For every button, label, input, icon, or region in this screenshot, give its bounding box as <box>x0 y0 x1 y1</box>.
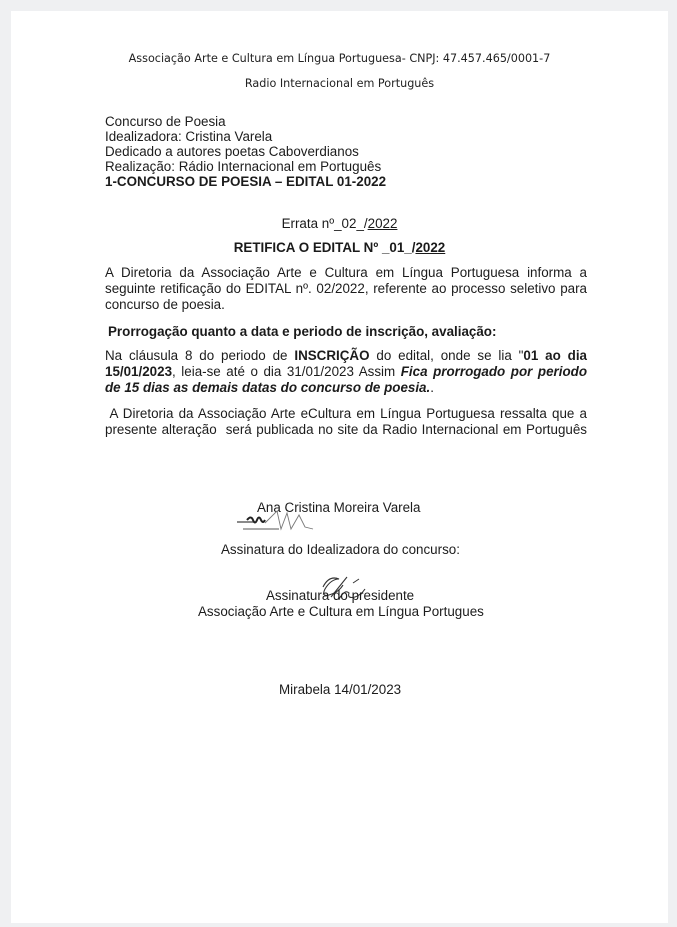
text-run-bold: INSCRIÇÃO <box>294 348 369 363</box>
paragraph-line: Na cláusula 8 do periodo de INSCRIÇÃO do… <box>105 348 587 364</box>
paragraph-line: presente alteração será publicada no sit… <box>105 422 587 438</box>
paragraph-line: A Diretoria da Associação Arte e Cultura… <box>105 265 587 281</box>
presidente-org: Associação Arte e Cultura em Língua Port… <box>198 604 484 619</box>
section-heading: Prorrogação quanto a data e periodo de i… <box>108 324 496 339</box>
edital-title: 1-CONCURSO DE POESIA – EDITAL 01-2022 <box>105 174 386 189</box>
paragraph-line: 15/01/2023, leia-se até o dia 31/01/2023… <box>105 364 587 380</box>
paragraph-ressalta: A Diretoria da Associação Arte eCultura … <box>105 406 587 438</box>
intro-line: Idealizadora: Cristina Varela <box>105 129 386 144</box>
errata-year: 2022 <box>368 216 398 231</box>
intro-line: Realização: Rádio Internacional em Portu… <box>105 159 386 174</box>
paragraph-intro: A Diretoria da Associação Arte e Cultura… <box>105 265 587 314</box>
retifica-year: 2022 <box>415 240 445 255</box>
header-radio: Radio Internacional em Português <box>11 77 668 90</box>
text-run-bold-italic: Fica prorrogado por periodo <box>401 364 587 379</box>
text-run-bold: 15/01/2023 <box>105 364 172 379</box>
paragraph-prorrogacao: Na cláusula 8 do periodo de INSCRIÇÃO do… <box>105 348 587 397</box>
retifica-prefix: RETIFICA O EDITAL Nº _01_/ <box>234 240 416 255</box>
text-run: , leia-se até o dia 31/01/2023 Assim <box>172 364 401 379</box>
paragraph-line: seguinte retificação do EDITAL nº. 02/20… <box>105 281 587 297</box>
paragraph-line: de 15 dias as demais datas do concurso d… <box>105 380 587 396</box>
presidente-caption: Assinatura do presidente <box>266 588 414 603</box>
intro-line: Dedicado a autores poetas Caboverdianos <box>105 144 386 159</box>
signature-idealizadora-icon <box>233 507 343 537</box>
text-run-bold: 01 ao dia <box>523 348 587 363</box>
errata-prefix: Errata nº_02_/ <box>282 216 368 231</box>
intro-block: Concurso de Poesia Idealizadora: Cristin… <box>105 114 386 189</box>
place-date: Mirabela 14/01/2023 <box>279 682 401 697</box>
retifica-heading: RETIFICA O EDITAL Nº _01_/2022 <box>11 240 668 255</box>
text-run: do edital, onde se lia " <box>370 348 524 363</box>
text-run-bold-italic: de 15 dias as demais datas do concurso d… <box>105 380 430 395</box>
paragraph-line: A Diretoria da Associação Arte eCultura … <box>105 406 587 422</box>
text-run: Na cláusula 8 do periodo de <box>105 348 294 363</box>
header-association: Associação Arte e Cultura em Língua Port… <box>11 52 668 65</box>
document-page: Associação Arte e Cultura em Língua Port… <box>11 11 668 923</box>
text-run: . <box>430 380 434 395</box>
errata-line: Errata nº_02_/2022 <box>11 216 668 231</box>
paragraph-line: concurso de poesia. <box>105 297 587 313</box>
intro-line: Concurso de Poesia <box>105 114 386 129</box>
idealizadora-caption: Assinatura do Idealizadora do concurso: <box>221 542 460 557</box>
